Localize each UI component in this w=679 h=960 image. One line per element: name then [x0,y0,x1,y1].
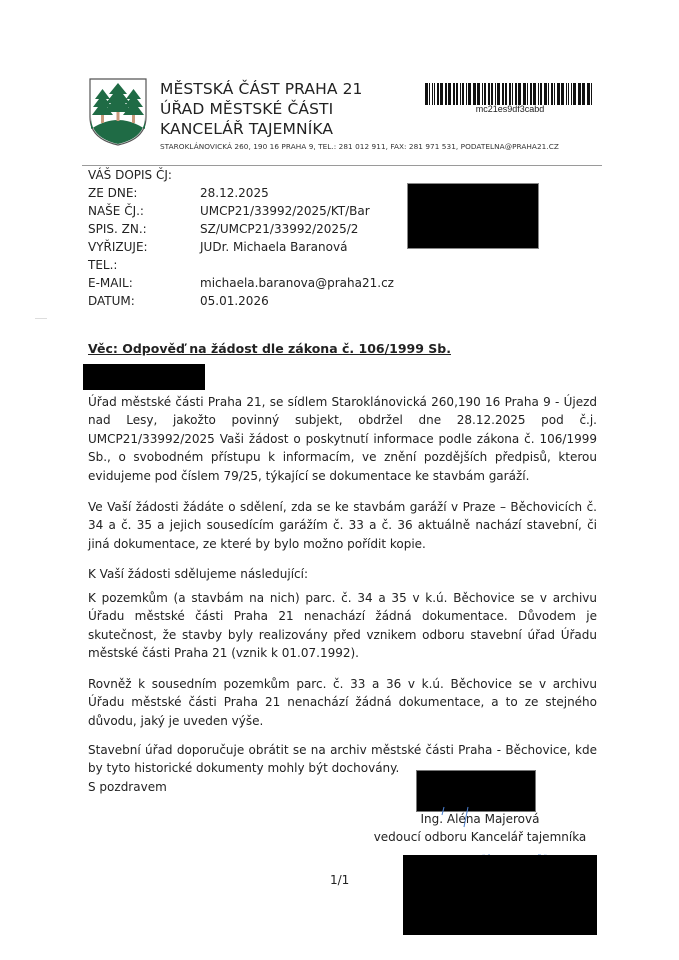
body-paragraph: K Vaší žádosti sdělujeme následující: [88,565,597,583]
redacted-salutation [83,364,205,390]
barcode-text: mc21es9df3cabd [425,104,595,114]
body-paragraph: Rovněž k sousedním pozemkům parc. č. 33 … [88,675,597,730]
org-name-line-2: ÚŘAD MĚSTSKÉ ČÁSTI [160,100,333,119]
barcode-icon [425,83,595,105]
signer-name: Ing. Aléna Majerová [390,812,570,826]
org-address: STAROKLÁNOVICKÁ 260, 190 16 PRAHA 9, TEL… [160,142,559,151]
letter-subject: Věc: Odpověď na žádost dle zákona č. 106… [88,341,451,356]
redacted-addressee [408,184,538,248]
margin-fold-mark [35,318,47,319]
body-paragraph: Ve Vaší žádosti žádáte o sdělení, zda se… [88,498,597,553]
meta-value: 05.01.2026 [200,292,269,310]
meta-label: VYŘIZUJE: [88,238,148,256]
page-number: 1/1 [330,873,349,887]
org-name-line-3: KANCELÁŘ TAJEMNÍKA [160,120,333,139]
meta-label: DATUM: [88,292,135,310]
meta-value: JUDr. Michaela Baranová [200,238,347,256]
meta-value: UMCP21/33992/2025/KT/Bar [200,202,370,220]
meta-label: E-MAIL: [88,274,133,292]
org-name-line-1: MĚSTSKÁ ČÁST PRAHA 21 [160,80,363,99]
meta-label: SPIS. ZN.: [88,220,147,238]
meta-value: michaela.baranova@praha21.cz [200,274,394,292]
body-paragraph: Úřad městské části Praha 21, se sídlem S… [88,393,597,485]
meta-value: 28.12.2025 [200,184,269,202]
signer-role: vedoucí odboru Kancelář tajemníka [355,830,605,844]
coat-of-arms-icon [88,77,148,147]
meta-label: NAŠE ČJ.: [88,202,144,220]
meta-label: ZE DNE: [88,184,137,202]
redacted-stamp [403,855,597,935]
meta-label: TEL.: [88,256,117,274]
closing-greeting: S pozdravem [88,780,167,794]
meta-label: VÁŠ DOPIS ČJ: [88,166,172,184]
meta-value: SZ/UMCP21/33992/2025/2 [200,220,358,238]
body-paragraph: K pozemkům (a stavbám na nich) parc. č. … [88,589,597,663]
